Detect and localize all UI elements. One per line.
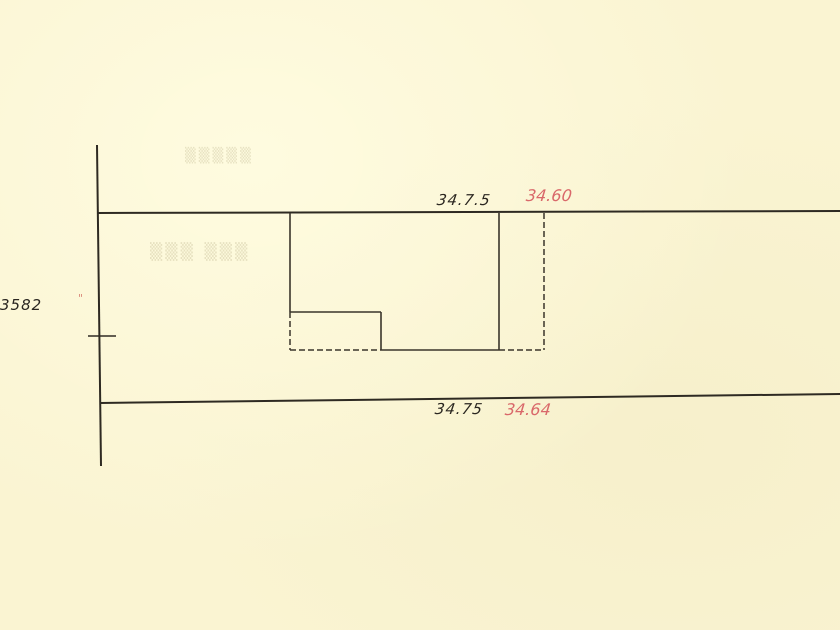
left-depth-mark: " (78, 293, 83, 304)
plat-drawing (0, 0, 840, 630)
top-boundary-line (97, 211, 840, 213)
building-outline (290, 213, 499, 350)
bottom-frontage-corrected-label: 34.64 (504, 402, 551, 418)
left-boundary-line (97, 145, 101, 466)
top-frontage-original-label: 34.7.5 (436, 193, 492, 208)
building-dashed-outline (290, 213, 544, 350)
left-depth-label: 3582 (0, 298, 42, 313)
top-frontage-corrected-label: 34.60 (525, 188, 572, 204)
bottom-frontage-original-label: 34.75 (434, 402, 484, 417)
